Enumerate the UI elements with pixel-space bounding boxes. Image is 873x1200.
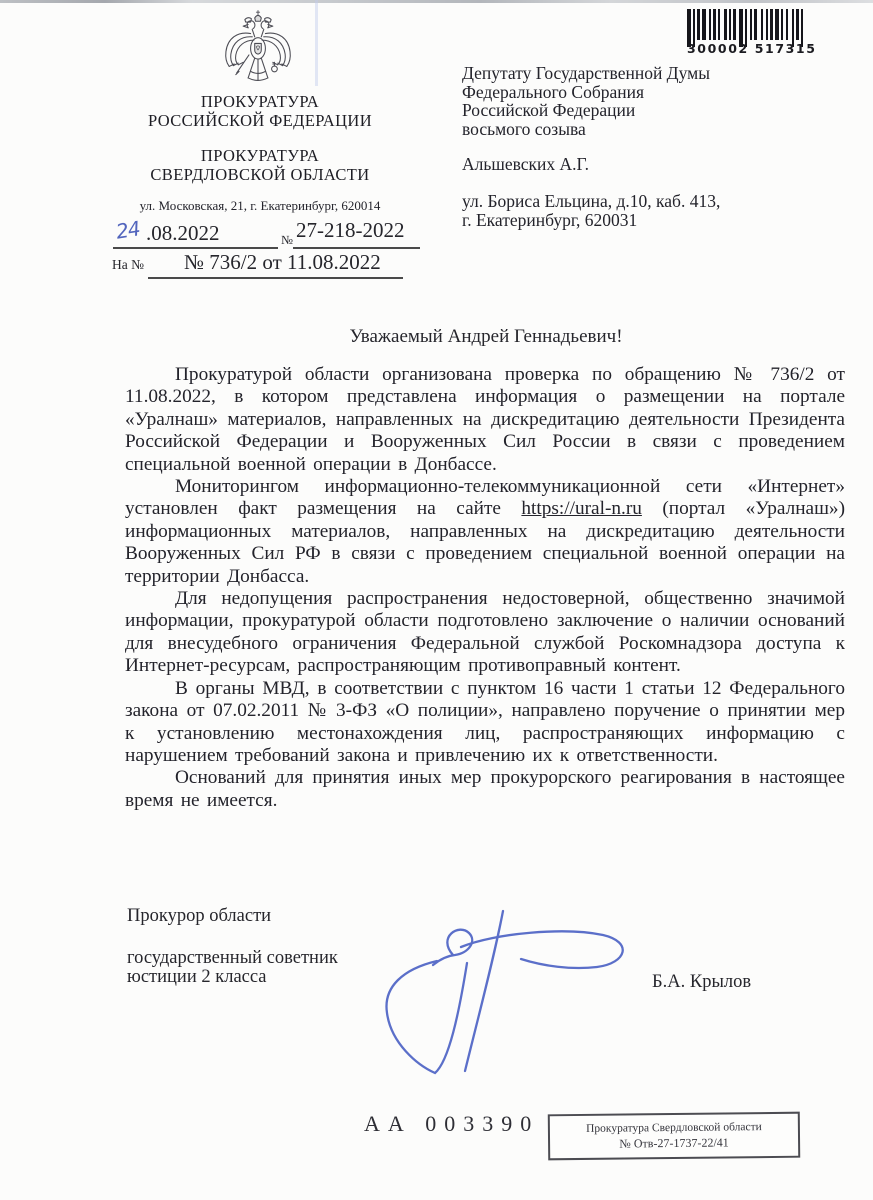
signature-stroke — [375, 903, 655, 1095]
barcode-digits: 300002 517315 — [687, 41, 815, 56]
text-line: г. Екатеринбург, 620031 — [462, 211, 822, 230]
text-line: Российской Федерации — [462, 101, 822, 120]
signature-title: Прокурор области — [127, 906, 271, 927]
org-region-line2: СВЕРДЛОВСКОЙ ОБЛАСТИ — [100, 166, 420, 185]
letterhead-address: ул. Московская, 21, г. Екатеринбург, 620… — [100, 198, 420, 214]
letter-body: Прокуратурой области организована провер… — [125, 364, 845, 812]
number-value: 27-218-2022 — [296, 218, 405, 243]
signature-name: Б.А. Крылов — [652, 972, 751, 993]
paragraph: Прокуратурой области организована провер… — [125, 364, 845, 476]
scanned-letter-page: ПРОКУРАТУРА РОССИЙСКОЙ ФЕДЕРАЦИИ ПРОКУРА… — [0, 0, 873, 1200]
recipient-address-lines: ул. Бориса Ельцина, д.10, каб. 413,г. Ек… — [462, 192, 822, 229]
stamp-box: Прокуратура Свердловской области № Отв-2… — [548, 1112, 800, 1161]
date-underline — [113, 247, 278, 249]
paragraph: В органы МВД, в соответствии с пунктом 1… — [125, 678, 845, 768]
number-underline — [293, 247, 420, 249]
ref-value: № 736/2 от 11.08.2022 — [184, 250, 381, 275]
recipient-block: Депутату Государственной ДумыФедеральног… — [462, 64, 822, 229]
ref-label: На № — [112, 257, 144, 273]
text-line: Депутату Государственной Думы — [462, 64, 822, 83]
russia-coat-of-arms-icon — [221, 8, 295, 92]
stamp-line1: Прокуратура Свердловской области — [586, 1120, 762, 1137]
salutation: Уважаемый Андрей Геннадьевич! — [127, 326, 845, 348]
date-printed: .08.2022 — [146, 221, 220, 246]
signature-rank-line1: государственный советник — [127, 948, 338, 969]
scan-top-edge-artifact — [0, 0, 873, 3]
text-line: восьмого созыва — [462, 120, 822, 139]
org-federation-line1: ПРОКУРАТУРА — [100, 93, 420, 112]
url-text: https://ural-n.ru — [521, 498, 642, 519]
paragraph: Оснований для принятия иных мер прокурор… — [125, 767, 845, 812]
text-line: ул. Бориса Ельцина, д.10, каб. 413, — [462, 192, 822, 211]
org-region-line1: ПРОКУРАТУРА — [100, 147, 420, 166]
stamp-line2: № Отв-27-1737-22/41 — [619, 1135, 729, 1151]
org-federation-line2: РОССИЙСКОЙ ФЕДЕРАЦИИ — [100, 112, 420, 131]
scan-streak-artifact — [315, 0, 318, 86]
signature-rank-line2: юстиции 2 класса — [127, 967, 267, 988]
number-label: № — [281, 233, 293, 248]
recipient-name: Альшевских А.Г. — [462, 155, 822, 174]
serial-number: АА 003390 — [364, 1111, 539, 1137]
paragraph: Мониторингом информационно-телекоммуника… — [125, 476, 845, 588]
letterhead-org: ПРОКУРАТУРА РОССИЙСКОЙ ФЕДЕРАЦИИ ПРОКУРА… — [100, 93, 420, 201]
text-line: Федерального Собрания — [462, 83, 822, 102]
ref-underline — [148, 277, 403, 279]
handwritten-date-day: 24 — [114, 216, 141, 243]
paragraph: Для недопущения распространения недостов… — [125, 588, 845, 678]
barcode: 300002 517315 — [687, 9, 815, 56]
recipient-lines: Депутату Государственной ДумыФедеральног… — [462, 64, 822, 138]
